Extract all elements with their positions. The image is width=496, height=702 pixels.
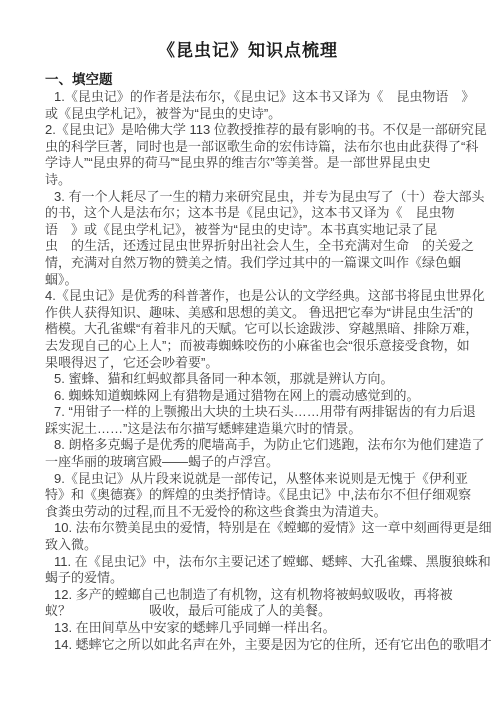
document-line: 6. 蜘蛛知道蜘蛛网上有猎物是通过猎物在网上的震动感觉到的。 — [45, 388, 472, 405]
document-line: 的书，这个人是法布尔；这本书是《昆虫记》，这本书又译为《 昆虫物 — [45, 205, 472, 222]
document-line: 学诗人”“昆虫界的荷马”“昆虫界的维吉尔”等美誉。是一部世界昆虫史 — [45, 155, 472, 172]
document-line: 果喂得迟了，它还会吵着要”。 — [45, 355, 472, 372]
document-line: 14. 蟋蟀它之所以如此名声在外，主要是因为它的住所，还有它出色的歌唱才 — [45, 637, 472, 654]
document-line: 楷模。大孔雀蝶“有着非凡的天赋。它可以长途跋涉、穿越黑暗、排除万难， — [45, 321, 472, 338]
document-line: 12. 多产的螳螂自己也制造了有机物，这有机物将被蚂蚁吸收，再将被 — [45, 587, 472, 604]
document-line: 7. “用钳子一样的上颚搬出大块的土块石头……用带有两排锯齿的有力后退 — [45, 404, 472, 421]
document-line: 一座华丽的玻璃宫殿——蝎子的卢浮宫。 — [45, 454, 472, 471]
document-line: 或《昆虫学札记》，被誉为“昆虫的史诗”。 — [45, 106, 472, 123]
document-line: 情，充满对自然万物的赞美之情。我们学过其中的一篇课文叫作《绿色蝈 — [45, 255, 472, 272]
document-line: 蝈》。 — [45, 272, 472, 289]
document-line: 5. 蜜蜂、猫和红蚂蚁都具备同一种本领，那就是辨认方向。 — [45, 371, 472, 388]
document-body: 1.《昆虫记》的作者是法布尔，《昆虫记》这本书又译为《 昆虫物语 》 或《昆虫学… — [45, 89, 472, 653]
document-line: 虫的科学巨著，同时也是一部讴歌生命的宏伟诗篇，法布尔也由此获得了“科 — [45, 139, 472, 156]
document-line: 致入微。 — [45, 537, 472, 554]
document-line: 3. 有一个人耗尽了一生的精力来研究昆虫，并专为昆虫写了（十）卷大部头 — [45, 189, 472, 206]
document-line: 虫 的生活，还透过昆虫世界折射出社会人生，全书充满对生命 的关爱之 — [45, 238, 472, 255]
document-line: 10. 法布尔赞美昆虫的爱情，特别是在《螳螂的爱情》这一章中刻画得更是细 — [45, 520, 472, 537]
document-line: 踩实泥土……”这是法布尔描写蟋蟀建造巢穴时的情景。 — [45, 421, 472, 438]
document-page: 《昆虫记》知识点梳理 一、填空题 1.《昆虫记》的作者是法布尔，《昆虫记》这本书… — [0, 0, 496, 702]
document-line: 蚁？ 吸收，最后可能成了人的美餐。 — [45, 603, 472, 620]
document-line: 4.《昆虫记》是优秀的科普著作，也是公认的文学经典。这部书将昆虫世界化 — [45, 288, 472, 305]
document-line: 作供人获得知识、趣味、美感和思想的美文。 鲁迅把它奉为“讲昆虫生活”的 — [45, 305, 472, 322]
document-line: 特》和《奥德赛》的辉煌的虫类抒情诗。《昆虫记》中,法布尔不但仔细观察 — [45, 487, 472, 504]
document-line: 去发现自己的心上人”；而被毒蜘蛛咬伤的小麻雀也会“很乐意接受食物，如 — [45, 338, 472, 355]
document-line: 1.《昆虫记》的作者是法布尔，《昆虫记》这本书又译为《 昆虫物语 》 — [45, 89, 472, 106]
document-title: 《昆虫记》知识点梳理 — [0, 40, 496, 62]
section-heading: 一、填空题 — [45, 71, 472, 88]
document-line: 语 》或《昆虫学札记》，被誉为“昆虫的史诗”。本书真实地记录了昆 — [45, 222, 472, 239]
document-content: 一、填空题 1.《昆虫记》的作者是法布尔，《昆虫记》这本书又译为《 昆虫物语 》… — [0, 71, 496, 653]
document-line: 2.《昆虫记》是哈佛大学 113 位教授推荐的最有影响的书。不仅是一部研究昆 — [45, 122, 472, 139]
document-line: 8. 朗格多克蝎子是优秀的爬墙高手，为防止它们逃跑，法布尔为他们建造了 — [45, 437, 472, 454]
document-line: 诗。 — [45, 172, 472, 189]
document-line: 食粪虫劳动的过程,而且不无爱怜的称这些食粪虫为清道夫。 — [45, 504, 472, 521]
document-line: 蝎子的爱情。 — [45, 570, 472, 587]
document-line: 13. 在田间草丛中安家的蟋蟀几乎同蝉一样出名。 — [45, 620, 472, 637]
document-line: 9.《昆虫记》从片段来说就是一部传记，从整体来说则是无愧于《伊利亚 — [45, 471, 472, 488]
document-line: 11. 在《昆虫记》中，法布尔主要记述了螳螂、蟋蟀、大孔雀蝶、黑腹狼蛛和 — [45, 554, 472, 571]
